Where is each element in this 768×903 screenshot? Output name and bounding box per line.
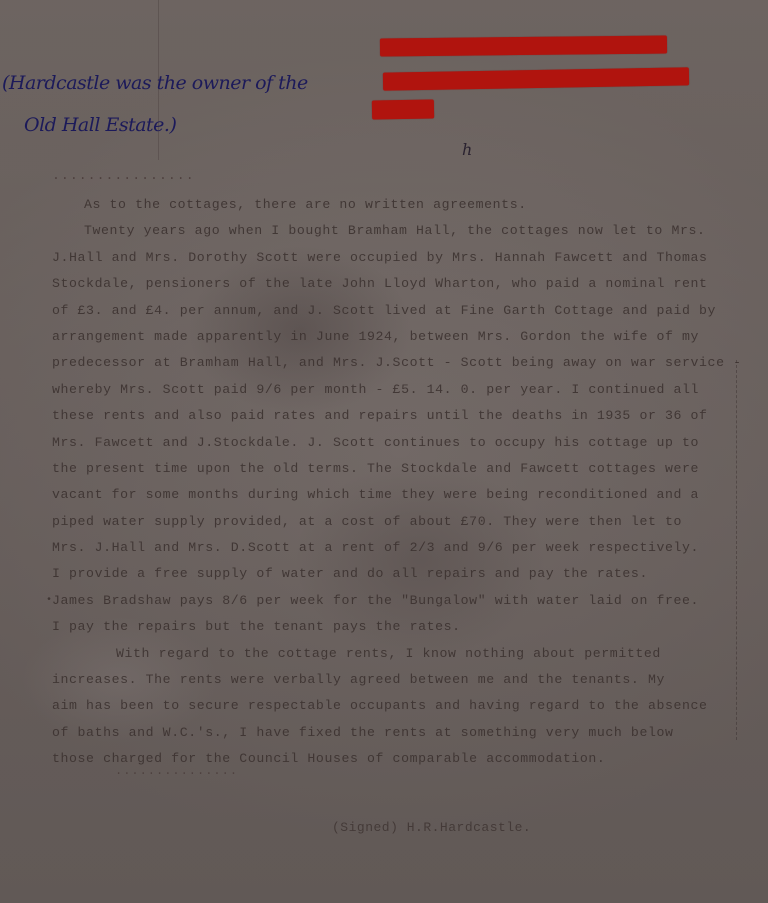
typed-line-text: arrangement made apparently in June 1924… xyxy=(52,329,699,344)
pen-mark: h xyxy=(462,140,472,159)
typed-line: As to the cottages, there are no written… xyxy=(52,192,732,218)
typed-line-text: whereby Mrs. Scott paid 9/6 per month - … xyxy=(52,382,699,397)
typed-line-text: vacant for some months during which time… xyxy=(52,487,699,502)
typed-line-text: Stockdale, pensioners of the late John L… xyxy=(52,276,708,291)
typed-line-text: Mrs. Fawcett and J.Stockdale. J. Scott c… xyxy=(52,435,699,450)
typed-line-text: aim has been to secure respectable occup… xyxy=(52,698,708,713)
handwritten-line-1: (Hardcastle was the owner of the xyxy=(2,62,308,104)
separator-dots-top: ................ xyxy=(52,168,732,192)
typed-line: J.Hall and Mrs. Dorothy Scott were occup… xyxy=(52,245,732,271)
typed-line-text: James Bradshaw pays 8/6 per week for the… xyxy=(52,593,699,608)
typed-line-text: J.Hall and Mrs. Dorothy Scott were occup… xyxy=(52,250,708,265)
typed-line: of baths and W.C.'s., I have fixed the r… xyxy=(52,720,732,746)
typed-line: Stockdale, pensioners of the late John L… xyxy=(52,271,732,297)
typed-line-text: of baths and W.C.'s., I have fixed the r… xyxy=(52,725,674,740)
typed-body: ................ As to the cottages, the… xyxy=(52,168,732,773)
typed-line: these rents and also paid rates and repa… xyxy=(52,403,732,429)
redaction-bar xyxy=(383,67,689,90)
typed-line: •James Bradshaw pays 8/6 per week for th… xyxy=(52,588,732,614)
typed-line-text: these rents and also paid rates and repa… xyxy=(52,408,708,423)
signature-line: (Signed) H.R.Hardcastle. xyxy=(332,820,531,835)
typed-line: the present time upon the old terms. The… xyxy=(52,456,732,482)
typed-line: increases. The rents were verbally agree… xyxy=(52,667,732,693)
typed-line-text: As to the cottages, there are no written… xyxy=(84,197,527,212)
typed-line: arrangement made apparently in June 1924… xyxy=(52,324,732,350)
typed-line: Mrs. J.Hall and Mrs. D.Scott at a rent o… xyxy=(52,535,732,561)
typed-line-text: the present time upon the old terms. The… xyxy=(52,461,699,476)
typed-line-text: I provide a free supply of water and do … xyxy=(52,566,648,581)
typed-line-text: Twenty years ago when I bought Bramham H… xyxy=(84,223,706,238)
separator-dots-bottom: ............... xyxy=(115,764,238,778)
typed-line: I provide a free supply of water and do … xyxy=(52,561,732,587)
typed-lines: As to the cottages, there are no written… xyxy=(52,192,732,773)
typed-line-text: With regard to the cottage rents, I know… xyxy=(116,646,661,661)
margin-mark: • xyxy=(46,588,53,614)
typed-line: predecessor at Bramham Hall, and Mrs. J.… xyxy=(52,350,732,376)
typed-line: Twenty years ago when I bought Bramham H… xyxy=(52,218,732,244)
scanned-document-page: (Hardcastle was the owner of the Old Hal… xyxy=(0,0,768,903)
typed-line-text: increases. The rents were verbally agree… xyxy=(52,672,665,687)
typed-line-text: predecessor at Bramham Hall, and Mrs. J.… xyxy=(52,355,742,370)
typed-line-text: of £3. and £4. per annum, and J. Scott l… xyxy=(52,303,716,318)
handwritten-line-2: Old Hall Estate.) xyxy=(2,104,308,146)
typed-line-text: piped water supply provided, at a cost o… xyxy=(52,514,682,529)
typed-line: With regard to the cottage rents, I know… xyxy=(52,641,732,667)
paper-edge-mark xyxy=(736,360,738,740)
handwritten-annotation: (Hardcastle was the owner of the Old Hal… xyxy=(2,62,308,146)
redaction-bar xyxy=(380,35,667,56)
typed-line-text: I pay the repairs but the tenant pays th… xyxy=(52,619,461,634)
redaction-bar xyxy=(372,99,434,119)
typed-line: Mrs. Fawcett and J.Stockdale. J. Scott c… xyxy=(52,430,732,456)
typed-line: aim has been to secure respectable occup… xyxy=(52,693,732,719)
typed-line: vacant for some months during which time… xyxy=(52,482,732,508)
typed-line: piped water supply provided, at a cost o… xyxy=(52,509,732,535)
typed-line: whereby Mrs. Scott paid 9/6 per month - … xyxy=(52,377,732,403)
typed-line: I pay the repairs but the tenant pays th… xyxy=(52,614,732,640)
typed-line: of £3. and £4. per annum, and J. Scott l… xyxy=(52,298,732,324)
typed-line-text: Mrs. J.Hall and Mrs. D.Scott at a rent o… xyxy=(52,540,699,555)
